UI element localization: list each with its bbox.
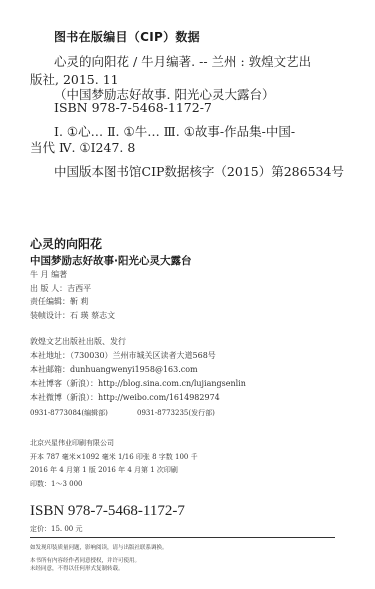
publisher-name: 敦煌文艺出版社出版、发行 xyxy=(30,336,126,347)
rights-notice: 本书所有内容经作者同意授权，并许可使用。 xyxy=(30,556,140,564)
printer-name: 北京兴星伟业印刷有限公司 xyxy=(30,438,114,448)
editor-credit: 责任编辑：靳 莉 xyxy=(30,296,89,307)
book-author: 牛 月 编著 xyxy=(30,269,67,280)
quality-notice: 如发现印装质量问题，影响阅读，请与出版社联系调换。 xyxy=(30,543,168,551)
edition-info: 2016 年 4 月第 1 版 2016 年 4 月第 1 次印刷 xyxy=(30,465,178,475)
phone-editorial: 0931-8773084(编辑部) xyxy=(30,408,108,418)
print-run: 印数：1～3 000 xyxy=(30,479,83,489)
cip-isbn-line: ISBN 978-7-5468-1172-7 xyxy=(54,100,212,115)
divider xyxy=(30,537,335,538)
designer-credit: 装帧设计：石 瑛 蔡志文 xyxy=(30,310,115,321)
cip-classification-line: 当代 Ⅳ. ①I247. 8 xyxy=(30,138,135,156)
publisher-blog: 本社博客（新浪）：http://blog.sina.com.cn/lujiang… xyxy=(30,378,246,389)
cip-entry-line: 心灵的向阳花 / 牛月编著. -- 兰州 : 敦煌文艺出 xyxy=(54,52,311,70)
cip-approval-number: 中国版本图书馆CIP数据核字（2015）第286534号 xyxy=(54,162,344,180)
publisher-address: 本社地址：（730030）兰州市城关区读者大道568号 xyxy=(30,350,216,361)
publisher-person: 出 版 人：吉西平 xyxy=(30,283,91,294)
book-title: 心灵的向阳花 xyxy=(30,235,102,252)
cip-heading: 图书在版编目（CIP）数据 xyxy=(54,28,200,45)
isbn-number: ISBN 978-7-5468-1172-7 xyxy=(30,503,185,520)
rights-notice: 未经同意，不得以任何形式复制转载。 xyxy=(30,564,124,572)
publisher-weibo: 本社微博（新浪）：http://weibo.com/1614982974 xyxy=(30,392,220,403)
print-format: 开本 787 毫米×1092 毫米 1/16 印张 8 字数 100 千 xyxy=(30,452,198,462)
publisher-email: 本社邮箱：dunhuangwenyi1958@163.com xyxy=(30,364,198,375)
phone-sales: 0931-8773235(发行部) xyxy=(137,408,215,418)
book-series: 中国梦励志好故事·阳光心灵大露台 xyxy=(30,253,192,268)
price: 定价：15. 00 元 xyxy=(30,524,83,534)
